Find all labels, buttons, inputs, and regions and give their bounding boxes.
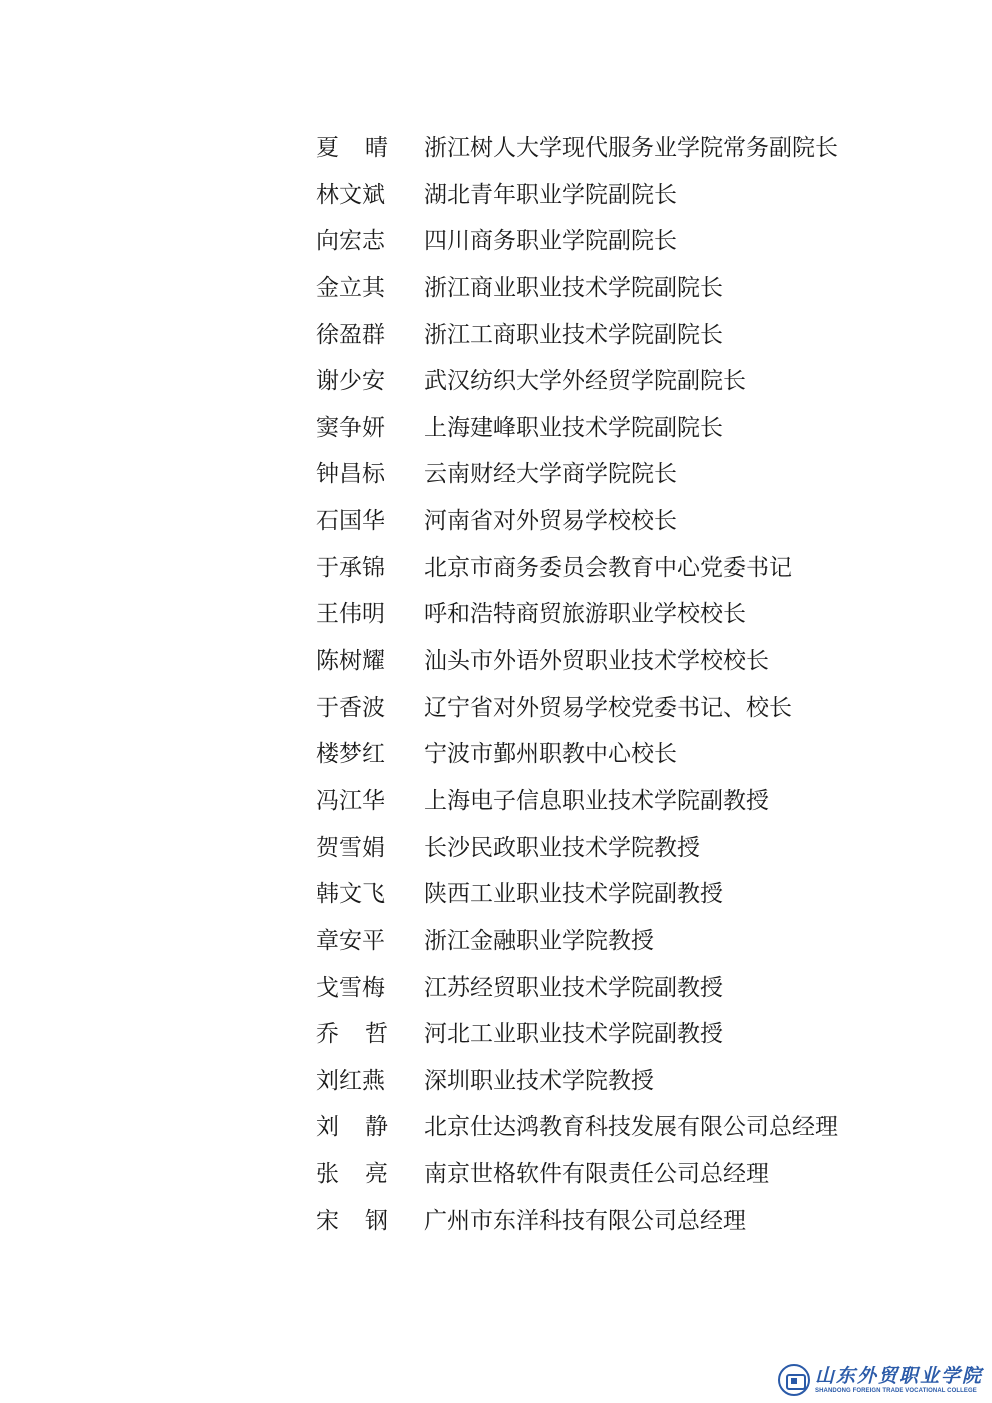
member-name-char: 于 xyxy=(316,550,339,586)
member-name-char: 窦 xyxy=(316,410,339,446)
member-name-char: 谢 xyxy=(316,363,339,399)
member-name-char: 刘 xyxy=(316,1063,339,1099)
member-name-char: 张 xyxy=(316,1156,339,1192)
college-emblem-icon xyxy=(778,1364,810,1396)
member-row: 乔哲河北工业职业技术学院副教授 xyxy=(316,1016,876,1063)
member-name-char: 贺 xyxy=(316,830,339,866)
member-row: 林文斌湖北青年职业学院副院长 xyxy=(316,177,876,224)
member-name-char: 梅 xyxy=(362,970,385,1006)
member-name-char: 华 xyxy=(362,503,385,539)
member-name: 向宏志 xyxy=(316,223,388,259)
member-name-char: 徐 xyxy=(316,317,339,353)
member-name-char: 其 xyxy=(362,270,385,306)
member-name: 窦争妍 xyxy=(316,410,388,446)
member-row: 戈雪梅江苏经贸职业技术学院副教授 xyxy=(316,970,876,1017)
member-name-char: 燕 xyxy=(362,1063,385,1099)
member-name-char: 少 xyxy=(339,363,362,399)
member-row: 石国华河南省对外贸易学校校长 xyxy=(316,503,876,550)
member-name-char: 文 xyxy=(339,876,362,912)
member-name-char: 戈 xyxy=(316,970,339,1006)
member-name-char: 夏 xyxy=(316,130,339,166)
member-name-char: 树 xyxy=(339,643,362,679)
member-name: 韩文飞 xyxy=(316,876,388,912)
member-name-char: 红 xyxy=(339,1063,362,1099)
member-name-char: 波 xyxy=(362,690,385,726)
member-name-char: 文 xyxy=(339,177,362,213)
member-name-char: 红 xyxy=(362,736,385,772)
college-logo: 山东外贸职业学院 SHANDONG FOREIGN TRADE VOCATION… xyxy=(778,1360,983,1400)
member-name-char: 华 xyxy=(362,783,385,819)
member-title: 陕西工业职业技术学院副教授 xyxy=(424,876,723,912)
document-page: 夏晴浙江树人大学现代服务业学院常务副院长林文斌湖北青年职业学院副院长向宏志四川商… xyxy=(0,0,992,1403)
member-name-char: 静 xyxy=(365,1109,388,1145)
member-name-char: 江 xyxy=(339,783,362,819)
member-name-char: 钟 xyxy=(316,456,339,492)
member-name: 宋钢 xyxy=(316,1203,388,1239)
member-name-char: 伟 xyxy=(339,596,362,632)
member-title: 上海电子信息职业技术学院副教授 xyxy=(424,783,769,819)
member-name: 夏晴 xyxy=(316,130,388,166)
member-title: 江苏经贸职业技术学院副教授 xyxy=(424,970,723,1006)
member-name-char: 冯 xyxy=(316,783,339,819)
member-row: 冯江华上海电子信息职业技术学院副教授 xyxy=(316,783,876,830)
member-name-char: 哲 xyxy=(365,1016,388,1052)
member-name: 徐盈群 xyxy=(316,317,388,353)
member-row: 王伟明呼和浩特商贸旅游职业学校校长 xyxy=(316,596,876,643)
member-row: 刘红燕深圳职业技术学院教授 xyxy=(316,1063,876,1110)
member-name: 王伟明 xyxy=(316,596,388,632)
member-row: 宋钢广州市东洋科技有限公司总经理 xyxy=(316,1203,876,1250)
member-row: 金立其浙江商业职业技术学院副院长 xyxy=(316,270,876,317)
member-title: 四川商务职业学院副院长 xyxy=(424,223,677,259)
member-name-char: 宋 xyxy=(316,1203,339,1239)
member-name-char: 飞 xyxy=(362,876,385,912)
member-name: 戈雪梅 xyxy=(316,970,388,1006)
member-name-char: 乔 xyxy=(316,1016,339,1052)
member-name: 金立其 xyxy=(316,270,388,306)
member-name-char: 刘 xyxy=(316,1109,339,1145)
member-name: 楼梦红 xyxy=(316,736,388,772)
member-name: 于承锦 xyxy=(316,550,388,586)
member-name: 林文斌 xyxy=(316,177,388,213)
member-name-char: 金 xyxy=(316,270,339,306)
member-row: 张亮南京世格软件有限责任公司总经理 xyxy=(316,1156,876,1203)
member-row: 钟昌标云南财经大学商学院院长 xyxy=(316,456,876,503)
member-name: 乔哲 xyxy=(316,1016,388,1052)
member-name-char: 亮 xyxy=(365,1156,388,1192)
member-name: 章安平 xyxy=(316,923,388,959)
member-name: 贺雪娟 xyxy=(316,830,388,866)
member-row: 向宏志四川商务职业学院副院长 xyxy=(316,223,876,270)
member-title: 河北工业职业技术学院副教授 xyxy=(424,1016,723,1052)
member-name-char: 安 xyxy=(339,923,362,959)
member-row: 楼梦红宁波市鄞州职教中心校长 xyxy=(316,736,876,783)
member-row: 贺雪娟长沙民政职业技术学院教授 xyxy=(316,830,876,877)
member-name-char: 晴 xyxy=(365,130,388,166)
member-name-char: 王 xyxy=(316,596,339,632)
member-name-char: 梦 xyxy=(339,736,362,772)
member-row: 韩文飞陕西工业职业技术学院副教授 xyxy=(316,876,876,923)
logo-text: 山东外贸职业学院 SHANDONG FOREIGN TRADE VOCATION… xyxy=(815,1365,983,1395)
member-name-char: 昌 xyxy=(339,456,362,492)
member-title: 上海建峰职业技术学院副院长 xyxy=(424,410,723,446)
member-name-char: 娟 xyxy=(362,830,385,866)
member-title: 宁波市鄞州职教中心校长 xyxy=(424,736,677,772)
member-name-char: 明 xyxy=(362,596,385,632)
member-name-char: 钢 xyxy=(365,1203,388,1239)
member-name: 陈树耀 xyxy=(316,643,388,679)
member-name-char: 雪 xyxy=(339,830,362,866)
logo-name-en: SHANDONG FOREIGN TRADE VOCATIONAL COLLEG… xyxy=(815,1387,983,1395)
member-name: 谢少安 xyxy=(316,363,388,399)
member-name-char: 立 xyxy=(339,270,362,306)
member-name-char: 锦 xyxy=(362,550,385,586)
member-row: 谢少安武汉纺织大学外经贸学院副院长 xyxy=(316,363,876,410)
member-name-char: 志 xyxy=(362,223,385,259)
member-name-char: 陈 xyxy=(316,643,339,679)
member-title: 湖北青年职业学院副院长 xyxy=(424,177,677,213)
member-title: 深圳职业技术学院教授 xyxy=(424,1063,654,1099)
member-name-char: 承 xyxy=(339,550,362,586)
member-name: 刘静 xyxy=(316,1109,388,1145)
member-row: 窦争妍上海建峰职业技术学院副院长 xyxy=(316,410,876,457)
member-name-char: 石 xyxy=(316,503,339,539)
member-row: 于承锦北京市商务委员会教育中心党委书记 xyxy=(316,550,876,597)
member-name: 冯江华 xyxy=(316,783,388,819)
member-name-char: 宏 xyxy=(339,223,362,259)
member-title: 北京仕达鸿教育科技发展有限公司总经理 xyxy=(424,1109,838,1145)
member-name-char: 香 xyxy=(339,690,362,726)
member-row: 夏晴浙江树人大学现代服务业学院常务副院长 xyxy=(316,130,876,177)
member-row: 徐盈群浙江工商职业技术学院副院长 xyxy=(316,317,876,364)
member-row: 陈树耀汕头市外语外贸职业技术学校校长 xyxy=(316,643,876,690)
member-title: 长沙民政职业技术学院教授 xyxy=(424,830,700,866)
member-name-char: 雪 xyxy=(339,970,362,1006)
member-name-char: 于 xyxy=(316,690,339,726)
member-name-char: 标 xyxy=(362,456,385,492)
member-name-char: 耀 xyxy=(362,643,385,679)
member-row: 刘静北京仕达鸿教育科技发展有限公司总经理 xyxy=(316,1109,876,1156)
member-name: 钟昌标 xyxy=(316,456,388,492)
member-title: 呼和浩特商贸旅游职业学校校长 xyxy=(424,596,746,632)
member-name-char: 群 xyxy=(362,317,385,353)
member-title: 北京市商务委员会教育中心党委书记 xyxy=(424,550,792,586)
member-title: 河南省对外贸易学校校长 xyxy=(424,503,677,539)
logo-name-cn: 山东外贸职业学院 xyxy=(815,1365,983,1387)
member-title: 南京世格软件有限责任公司总经理 xyxy=(424,1156,769,1192)
member-name-char: 国 xyxy=(339,503,362,539)
member-name-char: 向 xyxy=(316,223,339,259)
member-title: 武汉纺织大学外经贸学院副院长 xyxy=(424,363,746,399)
member-row: 于香波辽宁省对外贸易学校党委书记、校长 xyxy=(316,690,876,737)
member-name: 张亮 xyxy=(316,1156,388,1192)
member-name-char: 盈 xyxy=(339,317,362,353)
member-title: 辽宁省对外贸易学校党委书记、校长 xyxy=(424,690,792,726)
member-name-char: 安 xyxy=(362,363,385,399)
member-name-char: 斌 xyxy=(362,177,385,213)
member-name: 刘红燕 xyxy=(316,1063,388,1099)
member-title: 汕头市外语外贸职业技术学校校长 xyxy=(424,643,769,679)
member-name-char: 楼 xyxy=(316,736,339,772)
member-title: 广州市东洋科技有限公司总经理 xyxy=(424,1203,746,1239)
member-list: 夏晴浙江树人大学现代服务业学院常务副院长林文斌湖北青年职业学院副院长向宏志四川商… xyxy=(316,130,876,1249)
member-title: 浙江树人大学现代服务业学院常务副院长 xyxy=(424,130,838,166)
member-title: 浙江工商职业技术学院副院长 xyxy=(424,317,723,353)
member-name-char: 平 xyxy=(362,923,385,959)
member-title: 云南财经大学商学院院长 xyxy=(424,456,677,492)
member-name-char: 章 xyxy=(316,923,339,959)
member-title: 浙江商业职业技术学院副院长 xyxy=(424,270,723,306)
member-name-char: 妍 xyxy=(362,410,385,446)
member-row: 章安平浙江金融职业学院教授 xyxy=(316,923,876,970)
member-name: 于香波 xyxy=(316,690,388,726)
member-title: 浙江金融职业学院教授 xyxy=(424,923,654,959)
member-name-char: 争 xyxy=(339,410,362,446)
member-name-char: 韩 xyxy=(316,876,339,912)
member-name-char: 林 xyxy=(316,177,339,213)
member-name: 石国华 xyxy=(316,503,388,539)
